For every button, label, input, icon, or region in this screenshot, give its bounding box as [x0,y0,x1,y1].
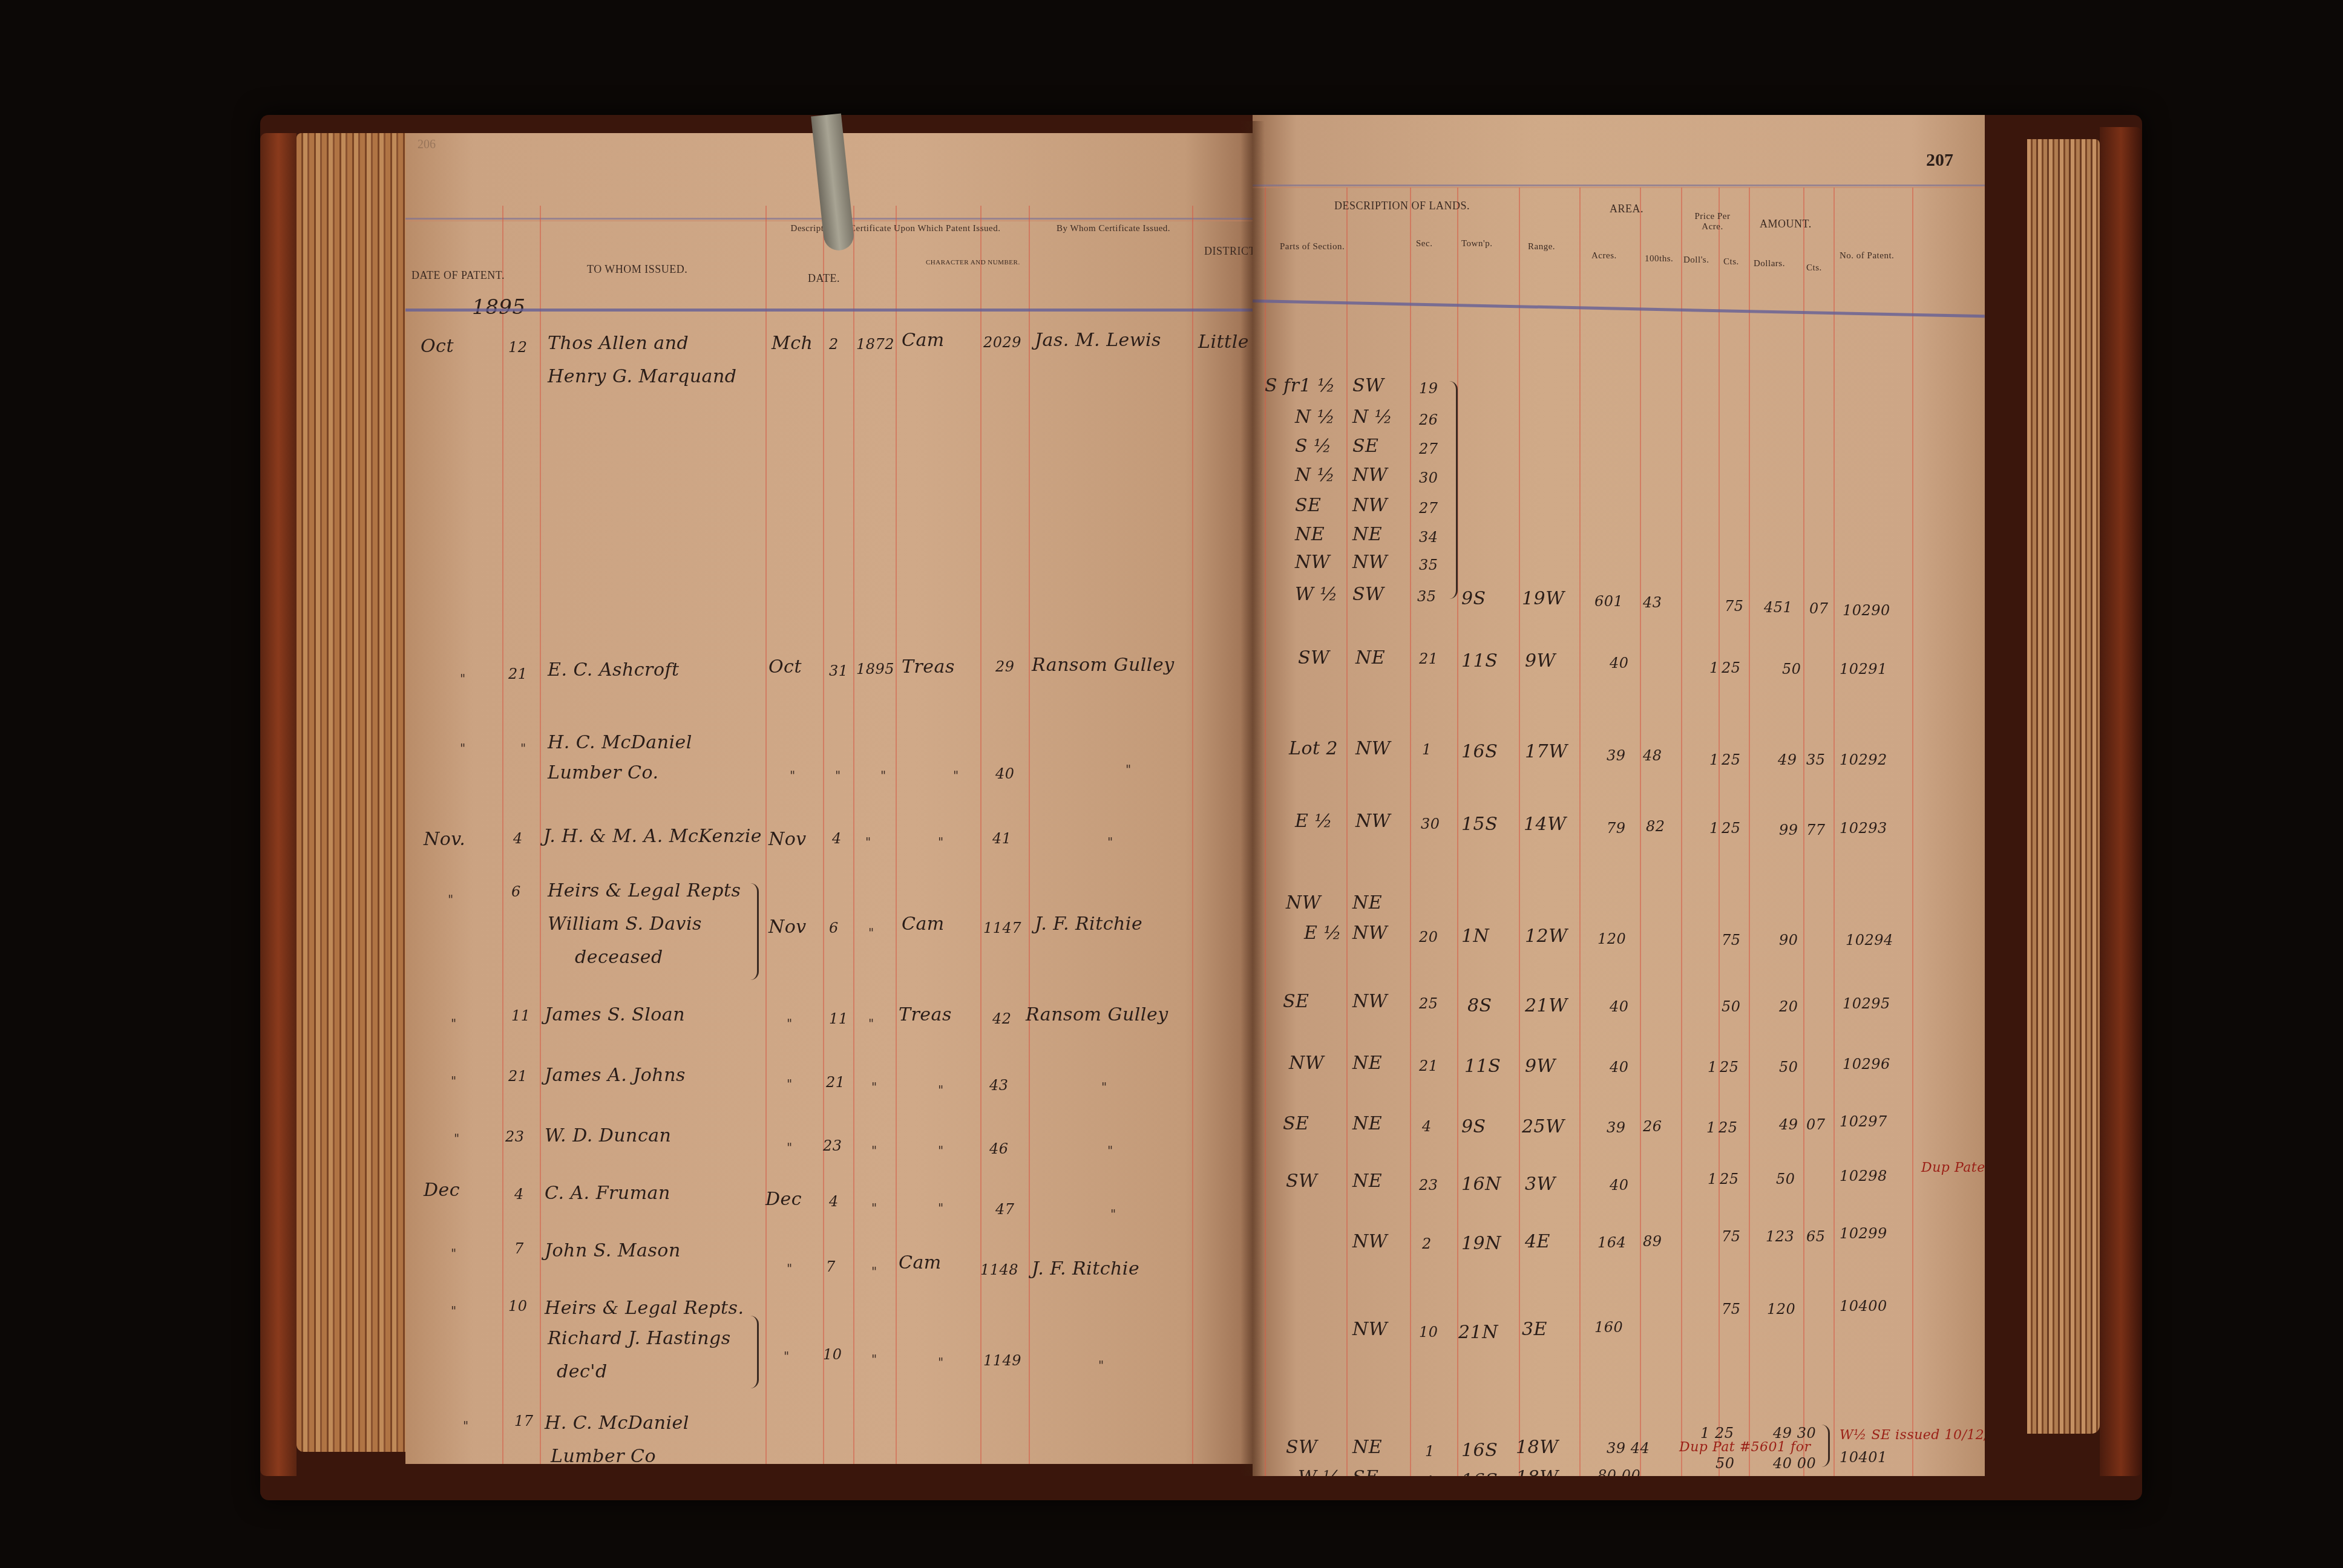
land-sub: SW [1352,584,1384,605]
patent-day: 17 [514,1413,534,1429]
amount-dollars: 49 [1779,1116,1798,1133]
land-range: 3W [1525,1174,1556,1195]
patent-day: " [520,741,526,756]
land-sec: 10 [1419,1324,1438,1341]
header-hundredths: 100ths. [1645,254,1673,264]
cert-month: " [784,1349,789,1364]
price-cts: 75 [1725,598,1744,615]
cert-year: " [871,1264,877,1279]
hundredths: 43 [1643,594,1662,611]
amount-dollars: 90 [1779,932,1798,949]
cover-edge-left [260,133,297,1476]
cert-character: Treas [899,1461,952,1464]
patent-day: 23 [505,1128,525,1145]
cert-number: 1148 [980,1261,1018,1278]
patent-month: " [451,1074,456,1088]
land-township: 19N [1461,1233,1501,1254]
patent-number: 10292 [1840,751,1887,768]
issued-to: C. A. Fruman [545,1183,670,1204]
patent-number: 10296 [1843,1056,1890,1073]
price-cts: 75 [1722,1228,1741,1245]
cert-character: Cam [902,913,945,935]
issued-to: Henry G. Marquand [548,366,736,387]
cert-year: " [871,1143,877,1158]
header-cert-date: DATE. [808,272,840,285]
land-part: W ½ [1295,584,1338,605]
land-sec: 1 [1425,1443,1435,1460]
patent-month: " [460,741,465,756]
cert-number: 29 [995,658,1015,675]
header-township: Town'p. [1461,239,1492,249]
header-sec: Sec. [1416,239,1432,249]
land-sec: 1 [1422,741,1432,758]
cover-edge-right [2100,127,2142,1476]
cert-day: 4 [832,830,842,847]
price-dolls: 1 [1709,820,1719,837]
by-whom: Ransom Gulley [1026,1004,1168,1025]
issued-to: Richard J. Hastings [548,1328,731,1349]
by-whom: " [1110,1207,1116,1221]
land-range: 19W [1522,588,1565,609]
land-range: 12W [1525,926,1568,947]
land-sub: NW [1352,1319,1388,1340]
cert-year: " [865,835,871,849]
price-dolls: 1 [1708,1059,1717,1076]
land-sub: NE [1352,1053,1382,1074]
patent-day: 12 [508,339,528,356]
acres: 80 00 [1597,1467,1640,1476]
header-range: Range. [1528,242,1555,252]
cert-year: 1895 [856,661,894,678]
amount-dollars: 50 [1776,1171,1795,1187]
issued-to: J. H. & M. A. McKenzie [543,826,762,847]
issued-to: James A. Johns [545,1065,686,1086]
cert-number: 46 [989,1140,1009,1157]
cert-month: " [787,1140,792,1155]
land-sec: 21 [1419,650,1438,667]
header-cts: Cts. [1723,257,1739,267]
cert-month: " [787,1077,792,1091]
patent-number: 10297 [1840,1113,1887,1130]
land-township: 16S [1461,1470,1498,1476]
by-whom: Ransom Gulley [1032,655,1175,676]
land-sec: 4 [1422,1118,1432,1135]
land-sub: NE [1352,1171,1382,1192]
patent-day: 11 [511,1007,531,1024]
by-whom: J. F. Ritchie [1035,913,1142,935]
patent-number: 10291 [1840,661,1887,678]
cert-number: 47 [995,1201,1015,1218]
land-sub: SW [1352,375,1384,396]
cert-day: 7 [826,1258,836,1275]
patent-number: 10298 [1840,1168,1887,1184]
patent-day: 7 [514,1240,524,1257]
cert-number: 42 [992,1010,1012,1027]
hundredths: 26 [1643,1118,1662,1135]
issued-to: Heirs & Legal Repts [548,880,741,901]
amount-cts: 65 [1806,1228,1826,1245]
land-part: NW [1286,892,1321,913]
land-sub: SE [1352,436,1378,457]
header-amount: AMOUNT. [1760,218,1812,230]
patent-day: 21 [508,665,528,682]
land-township: 21N [1458,1322,1498,1343]
right-page: 207 DESCRIPTION OF LANDS. Parts of Secti… [1253,115,1985,1476]
acres: 164 [1597,1234,1626,1251]
patent-month: " [454,1131,459,1146]
land-part: NE [1295,524,1325,545]
patent-number: 10290 [1843,602,1890,619]
land-sec: 30 [1421,815,1440,832]
land-sec: 35 [1419,557,1438,573]
land-sec: 27 [1419,500,1438,517]
header-date-of-patent: DATE OF PATENT. [411,269,505,282]
acres: 79 [1607,820,1626,837]
page-number: 207 [1926,150,1953,171]
price-dolls: 1 [1708,1171,1717,1187]
amount-dollars: 50 [1782,661,1801,678]
acres: 39 [1607,1119,1626,1136]
land-township: 16S [1461,741,1498,762]
cert-number: 1149 [983,1352,1021,1369]
land-part: S ½ [1295,436,1332,457]
patent-month: " [460,671,465,686]
cert-character: Treas [902,656,955,678]
patent-day: 21 [508,1068,528,1085]
amount-cts: 07 [1806,1116,1826,1133]
cert-day: 11 [829,1010,848,1027]
price-cts: 25 [1719,1119,1738,1136]
acres: 40 [1610,655,1629,671]
issued-to: Heirs & Legal Repts. [545,1298,744,1319]
acres: 40 [1610,1177,1629,1194]
cert-day: 21 [826,1074,845,1091]
land-range: 9W [1525,1056,1556,1077]
amount: 40 00 [1773,1455,1816,1472]
cert-character: Treas [899,1004,952,1025]
land-township: 11S [1464,1056,1501,1077]
left-page: 206 DATE OF PATENT. TO WHOM ISSUED. Desc… [405,133,1253,1464]
by-whom: " [1107,835,1113,849]
land-township: 8S [1467,995,1492,1016]
page-stack-right [2027,139,2100,1434]
brace-bracket [750,883,759,980]
land-sub: N ½ [1352,407,1392,428]
issued-to: E. C. Ashcroft [548,659,680,681]
land-sec: 20 [1419,929,1438,946]
land-sub: NE [1352,1437,1382,1458]
price: 50 [1715,1455,1735,1472]
land-sec: 21 [1419,1057,1438,1074]
amount-cts: 35 [1806,751,1826,768]
issued-to: H. C. McDaniel [548,732,692,753]
land-sec: 27 [1419,440,1438,457]
header-dolls: Doll's. [1683,255,1709,266]
issued-to: dec'd [557,1361,608,1382]
land-sec: 1 [1425,1473,1435,1476]
acres: 120 [1597,930,1626,947]
cert-number: 1147 [983,920,1021,936]
land-range: 18W [1516,1467,1559,1476]
land-township: 16N [1461,1174,1501,1195]
cert-month: " [790,768,795,783]
land-part: NW [1289,1053,1324,1074]
amount-dollars: 451 [1764,599,1792,616]
price-cts: 75 [1722,1301,1741,1318]
header-price-per-acre: Price Per Acre. [1685,212,1740,232]
remark-red-note: W½ SE issued 10/12/32 [1840,1428,1985,1443]
amount-cts: 77 [1806,822,1826,838]
price-cts: 25 [1722,659,1741,676]
brace-bracket [750,1316,759,1388]
land-sec: 26 [1419,411,1438,428]
cert-year: " [868,1016,874,1031]
land-range: 17W [1525,741,1568,762]
price: 1 25 [1700,1425,1734,1442]
red-note-duplicate: Dup Pat #5601 for [1679,1440,1810,1455]
land-range: 4E [1525,1231,1550,1252]
amount-dollars: 20 [1779,998,1798,1015]
cert-year: " [871,1080,877,1094]
year-label: 1895 [472,295,526,319]
land-part: Lot 2 [1289,738,1338,759]
ledger-book: 206 DATE OF PATENT. TO WHOM ISSUED. Desc… [260,115,2142,1500]
patent-month: " [451,1246,456,1261]
price-cts: 25 [1722,751,1741,768]
patent-number: 10401 [1840,1449,1887,1466]
page-stack-left [297,133,405,1452]
faded-page-number: 206 [418,138,436,152]
land-sub: NE [1352,524,1382,545]
land-sec: 19 [1419,380,1438,397]
price-cts: 75 [1722,932,1741,949]
land-part: SW [1286,1171,1317,1192]
patent-number: 10293 [1840,820,1887,837]
cert-day: 31 [829,662,848,679]
cert-day: 2 [829,336,839,353]
land-range: 21W [1525,995,1568,1016]
by-whom: J. F. Ritchie [1032,1258,1139,1279]
cert-month: " [787,1016,792,1031]
cert-year: " [868,926,874,940]
by-whom: " [1098,1358,1104,1373]
patent-month: Dec [424,1180,460,1201]
land-sub: NW [1352,552,1388,573]
patent-day: 10 [508,1298,528,1315]
land-part: SE [1295,495,1321,516]
header-band [1253,185,1985,188]
cert-year: 1872 [856,336,894,353]
cert-character: " [953,768,958,783]
patent-month: " [451,1016,456,1031]
land-part: E ½ [1295,811,1332,832]
header-cts-amount: Cts. [1806,263,1822,273]
land-sub: NW [1352,1231,1388,1252]
cert-day: 10 [823,1346,842,1363]
patent-month: " [463,1419,468,1433]
cert-day: 23 [823,1137,842,1154]
land-part: N ½ [1295,465,1335,486]
land-township: 9S [1461,588,1486,609]
header-by-whom: By Whom Certificate Issued. [1047,224,1180,234]
land-range: 14W [1524,814,1567,835]
issued-to: Thos Allen and [548,333,689,354]
hundredths: 82 [1646,818,1665,835]
land-part: W ½ [1298,1467,1341,1476]
acres: 39 [1607,747,1626,764]
by-whom: Jas. M. Lewis [1035,330,1161,351]
amount: 49 30 [1773,1425,1816,1442]
cert-number: 2029 [983,334,1021,351]
header-to-whom-issued: TO WHOM ISSUED. [587,263,687,276]
cert-month: Dec [765,1189,802,1210]
brace-bracket [1449,381,1458,599]
cert-month: Nov [768,829,807,850]
cert-day: 4 [829,1193,839,1210]
land-part: S fr1 ½ [1265,375,1335,396]
land-sec: 34 [1419,529,1438,546]
acres: 601 [1594,593,1623,610]
cert-year: " [871,1201,877,1215]
land-sub: SE [1352,1467,1378,1476]
by-whom: " [1126,762,1131,777]
hundredths: 48 [1643,747,1662,764]
land-part: SE [1283,991,1309,1012]
cert-day: 6 [829,920,839,936]
header-rule [1253,299,1985,318]
issued-to: deceased [575,947,663,968]
price-cts: 50 [1722,998,1741,1015]
cert-month: Oct [768,656,802,678]
amount-dollars: 120 [1767,1301,1795,1318]
land-sub: NW [1352,923,1388,944]
cert-year: " [871,1352,877,1367]
by-whom: " [1107,1143,1113,1158]
issued-to: James S. Sloan [545,1004,685,1025]
patent-number: 10299 [1840,1225,1887,1242]
land-sec: 25 [1419,995,1438,1012]
amount-dollars: 50 [1779,1059,1798,1076]
cert-month: " [787,1261,792,1276]
land-township: 15S [1461,814,1498,835]
land-range: 3E [1522,1319,1547,1340]
cert-character: " [938,1355,943,1370]
header-cert-character-number: CHARACTER AND NUMBER. [926,259,1020,266]
land-sub: NE [1352,1113,1382,1134]
land-sec: 35 [1417,588,1437,605]
land-sub: NE [1352,892,1382,913]
land-sub: NW [1355,738,1391,759]
land-township: 1N [1461,926,1489,947]
patent-month: Oct [421,336,454,357]
header-dollars: Dollars. [1754,259,1785,269]
book-gutter [1240,121,1265,1476]
patent-day: 4 [514,1186,524,1203]
land-sub: NW [1352,465,1388,486]
land-part: SE [1283,1113,1309,1134]
header-acres: Acres. [1591,251,1617,261]
land-sec: 2 [1422,1235,1432,1252]
issued-to: John S. Mason [545,1240,681,1261]
amount-dollars: 123 [1766,1228,1794,1245]
acres: 40 [1610,998,1629,1015]
patent-number: 10294 [1846,932,1893,949]
price-cts: 25 [1722,820,1741,837]
patent-number: 10295 [1843,995,1890,1012]
cert-character: Cam [902,330,945,351]
land-township: 16S [1461,1440,1498,1461]
header-no-of-patent: No. of Patent. [1840,251,1894,261]
acres: 160 [1594,1319,1623,1336]
patent-month: " [448,892,453,907]
price-dolls: 1 [1706,1119,1716,1136]
land-sub: NW [1352,991,1388,1012]
land-sec: 23 [1419,1177,1438,1194]
acres: 39 44 [1607,1440,1650,1457]
patent-day: 4 [513,830,523,847]
issued-to: Lumber Co. [548,762,659,783]
header-area: AREA. [1610,203,1643,215]
patent-number: 10400 [1840,1298,1887,1315]
land-range: 25W [1522,1116,1565,1137]
issued-to: William S. Davis [548,913,702,935]
issued-to: Lumber Co [551,1446,656,1464]
land-township: 11S [1461,650,1498,671]
land-part: N ½ [1295,407,1335,428]
land-sub: NW [1352,495,1388,516]
remark-red-note: Dup Patent 8+3. 11/22/11 [1921,1160,1985,1175]
cert-number: 40 [995,765,1015,782]
brace-bracket [1821,1425,1830,1467]
land-part: SW [1298,647,1329,668]
patent-day: 6 [511,883,521,900]
cert-month: Mch [772,333,813,354]
amount-dollars: 49 [1778,751,1797,768]
by-whom: " [1101,1080,1107,1094]
land-range: 9W [1525,650,1556,671]
acres: 40 [1610,1059,1629,1076]
price-dolls: 1 [1709,751,1719,768]
patent-month: Nov. [424,829,465,850]
cert-character: " [938,1143,943,1158]
header-certificate-description: Description of Certificate Upon Which Pa… [768,224,1023,234]
price-dolls: 1 [1709,659,1719,676]
issued-to: H. C. McDaniel [545,1413,689,1434]
land-range: 18W [1516,1437,1559,1458]
cert-number: 41 [992,830,1012,847]
header-parts-of-section: Parts of Section. [1280,242,1345,252]
cert-month: Nov [768,916,807,938]
cert-character: " [938,1201,943,1215]
land-part: SW [1286,1437,1317,1458]
price-cts: 25 [1720,1059,1739,1076]
hundredths: 89 [1643,1233,1662,1250]
land-sec: 30 [1419,469,1438,486]
cert-number: 43 [989,1077,1009,1094]
issued-to: W. D. Duncan [545,1125,671,1146]
price-cts: 25 [1720,1171,1739,1187]
cert-day: " [835,768,841,783]
land-sub: NW [1355,811,1391,832]
cert-year: " [880,768,886,783]
land-part: NW [1295,552,1330,573]
land-sub: NE [1355,647,1385,668]
cert-character: " [938,835,943,849]
amount-cts: 07 [1809,600,1829,617]
cert-character: " [938,1083,943,1097]
header-rule [405,309,1253,312]
amount-dollars: 99 [1779,822,1798,838]
